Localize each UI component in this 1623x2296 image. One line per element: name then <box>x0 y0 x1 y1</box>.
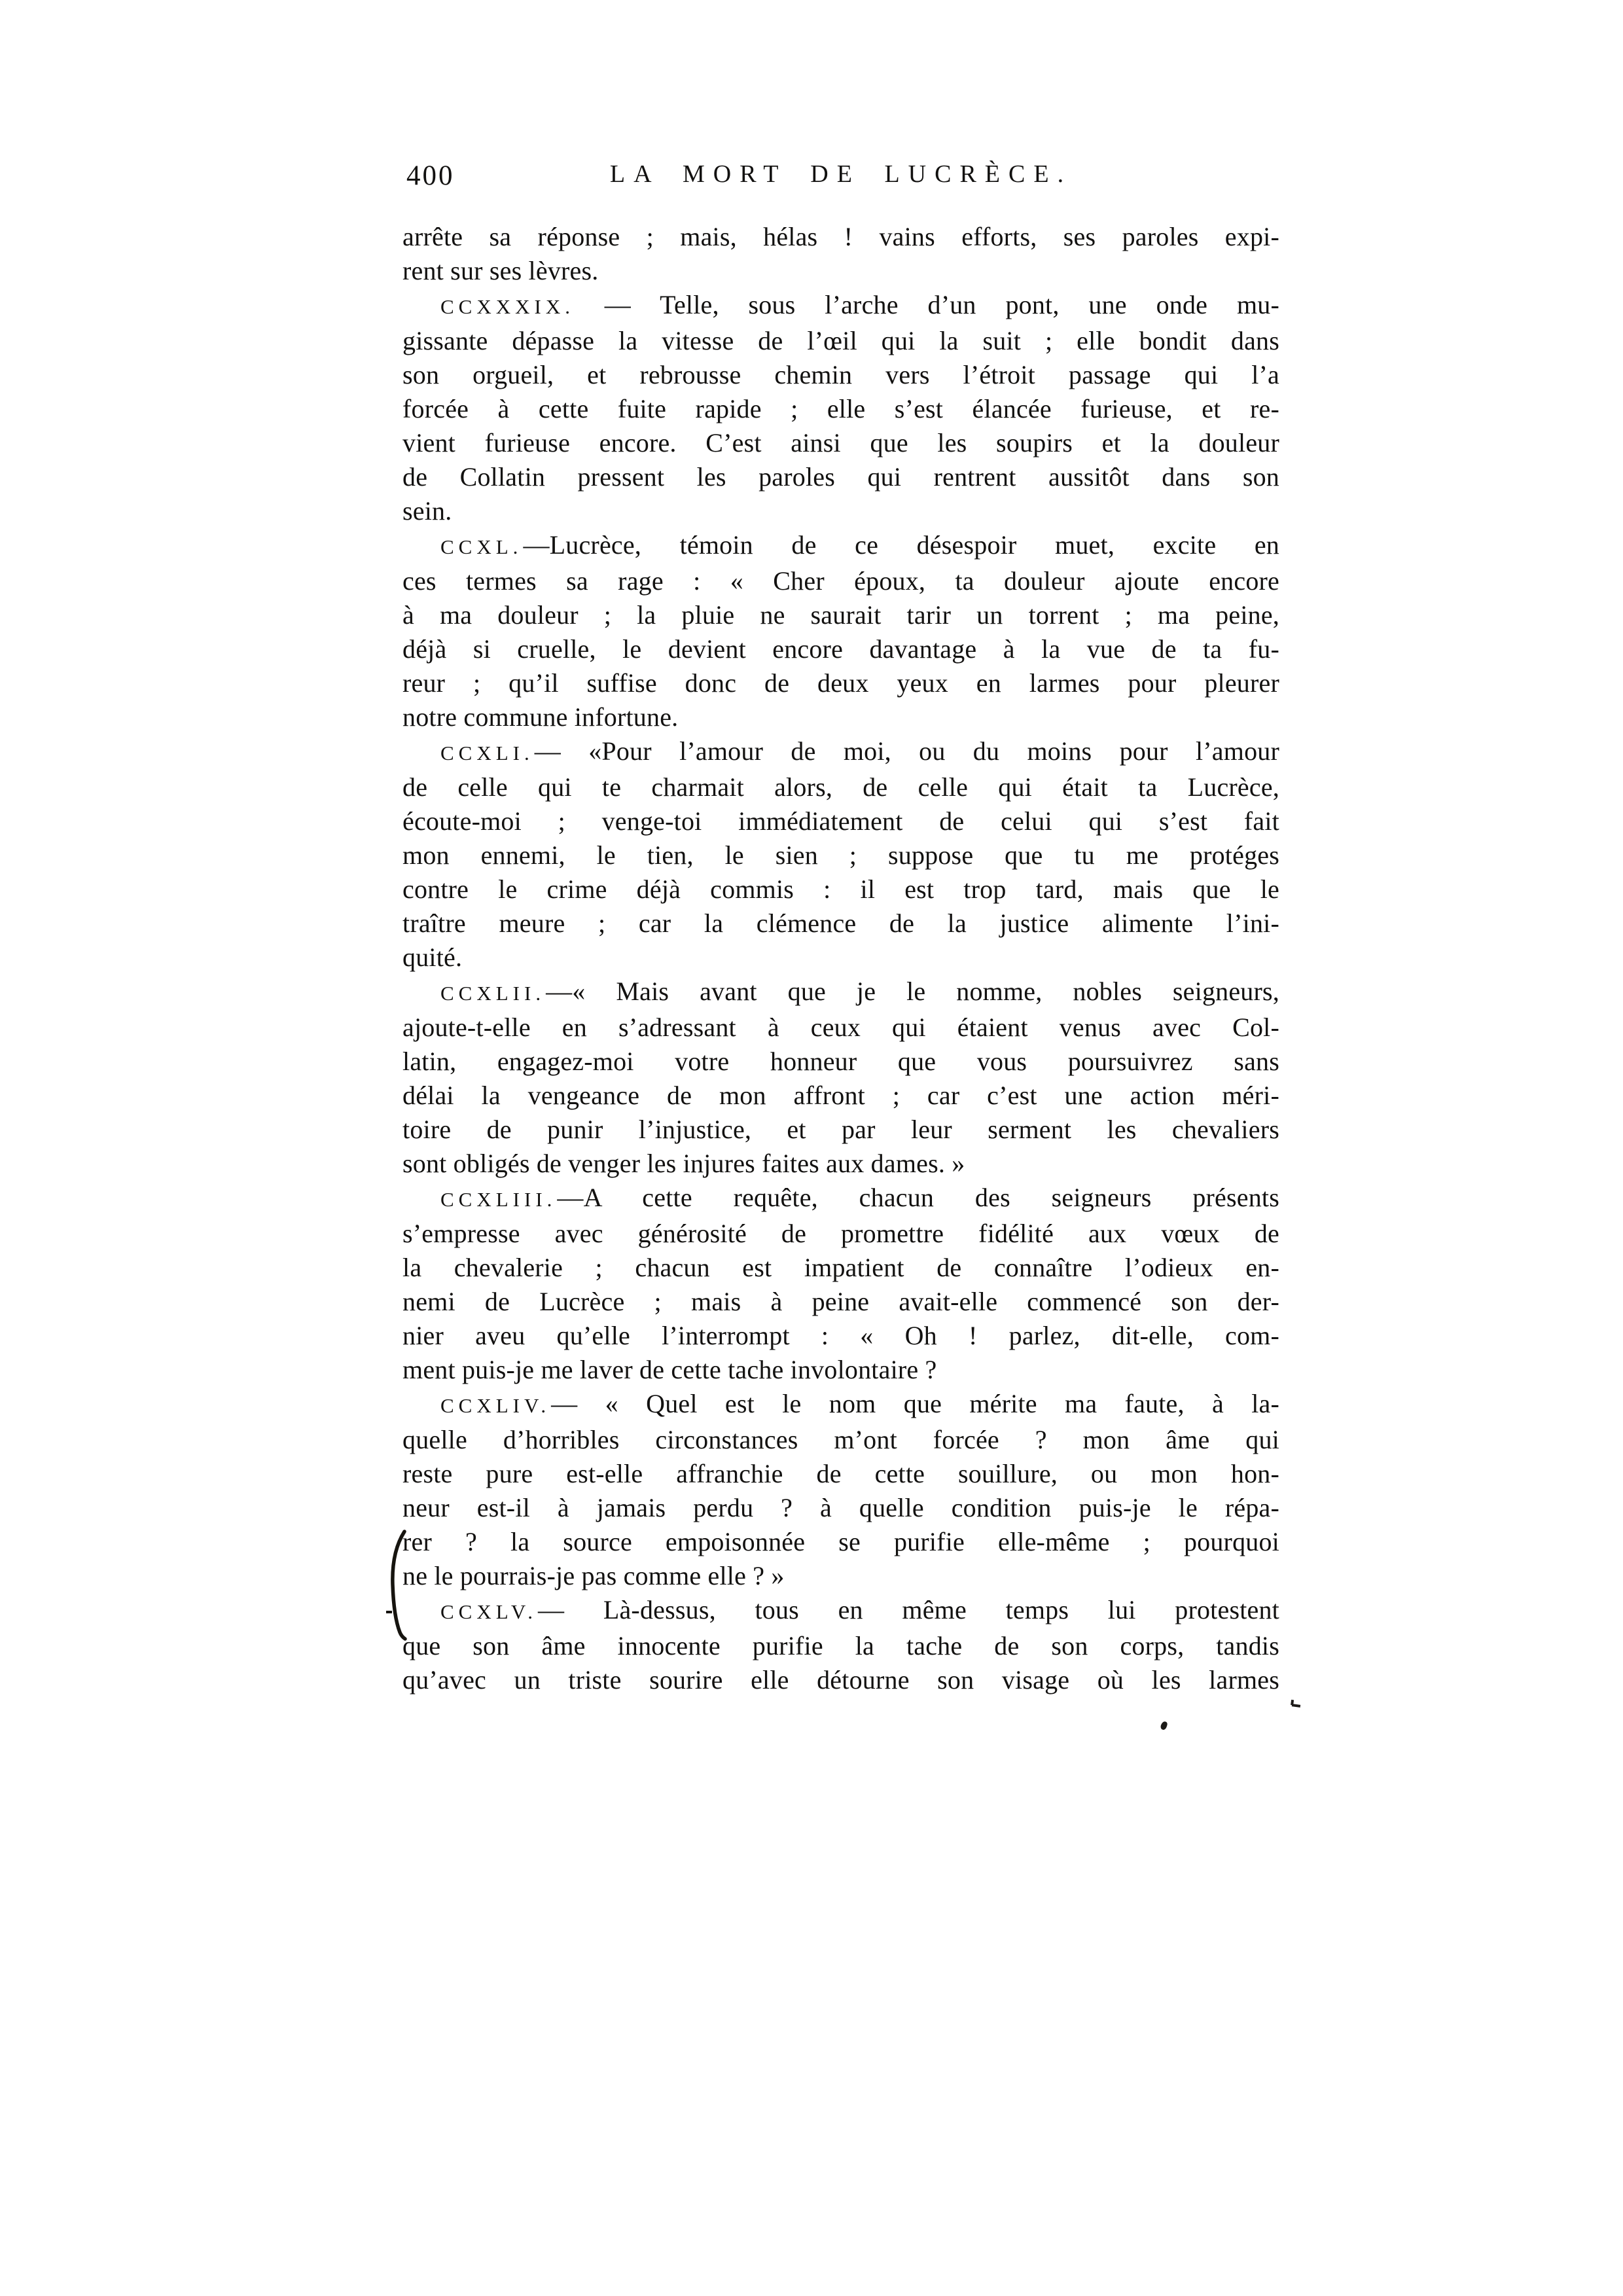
paragraph: CCXLV.— Là-dessus, tous en même temps lu… <box>402 1593 1279 1697</box>
text-line: gissante dépasse la vitesse de l’œil qui… <box>402 324 1279 358</box>
text-line: sein. <box>402 494 1279 528</box>
paragraph: CCXLII.—« Mais avant que je le nomme, no… <box>402 975 1279 1181</box>
text-line: ment puis-je me laver de cette tache inv… <box>402 1353 1279 1387</box>
text-line: CCXLIII.—A cette requête, chacun des sei… <box>402 1181 1279 1217</box>
text-line: toire de punir l’injustice, et par leur … <box>402 1113 1279 1147</box>
section-number: CCXL. <box>440 535 522 558</box>
text-line: reste pure est-elle affranchie de cette … <box>402 1457 1279 1491</box>
text-line: reur ; qu’il suffise donc de deux yeux e… <box>402 666 1279 700</box>
paragraph: arrête sa réponse ; mais, hélas ! vains … <box>402 220 1279 288</box>
text-line: que son âme innocente purifie la tache d… <box>402 1629 1279 1663</box>
paragraph: CCXLI.— «Pour l’amour de moi, ou du moin… <box>402 734 1279 975</box>
text-line: rent sur ses lèvres. <box>402 254 1279 288</box>
text-line: de Collatin pressent les paroles qui ren… <box>402 460 1279 494</box>
paragraph: CCXLIV.— « Quel est le nom que mérite ma… <box>402 1387 1279 1593</box>
text-line: latin, engagez-moi votre honneur que vou… <box>402 1045 1279 1079</box>
text-line: CCXLI.— «Pour l’amour de moi, ou du moin… <box>402 734 1279 770</box>
ink-speck <box>1160 1721 1168 1731</box>
text-line: CCXXXIX. — Telle, sous l’arche d’un pont… <box>402 288 1279 324</box>
section-number: CCXXXIX. <box>440 295 575 318</box>
text-line: de celle qui te charmait alors, de celle… <box>402 770 1279 804</box>
running-title: LA MORT DE LUCRÈCE. <box>402 160 1279 188</box>
text-line: la chevalerie ; chacun est impatient de … <box>402 1251 1279 1285</box>
section-number: CCXLI. <box>440 742 534 764</box>
scanned-book-page: 400 LA MORT DE LUCRÈCE. arrête sa répons… <box>0 0 1623 2296</box>
text-line: CCXLIV.— « Quel est le nom que mérite ma… <box>402 1387 1279 1423</box>
paragraph: CCXLIII.—A cette requête, chacun des sei… <box>402 1181 1279 1387</box>
text-line: arrête sa réponse ; mais, hélas ! vains … <box>402 220 1279 254</box>
text-line: quité. <box>402 941 1279 975</box>
text-line: CCXLII.—« Mais avant que je le nomme, no… <box>402 975 1279 1011</box>
text-line: ajoute-t-elle en s’adressant à ceux qui … <box>402 1011 1279 1045</box>
text-line: forcée à cette fuite rapide ; elle s’est… <box>402 392 1279 426</box>
text-line: mon ennemi, le tien, le sien ; suppose q… <box>402 838 1279 872</box>
text-line: à ma douleur ; la pluie ne saurait tarir… <box>402 598 1279 632</box>
text-line: notre commune infortune. <box>402 700 1279 734</box>
text-line: nemi de Lucrèce ; mais à peine avait-ell… <box>402 1285 1279 1319</box>
text-line: quelle d’horribles circonstances m’ont f… <box>402 1423 1279 1457</box>
text-line: neur est-il à jamais perdu ? à quelle co… <box>402 1491 1279 1525</box>
text-line: traître meure ; car la clémence de la ju… <box>402 906 1279 941</box>
section-number: CCXLV. <box>440 1600 537 1623</box>
section-number: CCXLIV. <box>440 1394 550 1417</box>
text-line: rer ? la source empoisonnée se purifie e… <box>402 1525 1279 1559</box>
margin-pen-mark <box>385 1529 411 1643</box>
text-line: CCXLV.— Là-dessus, tous en même temps lu… <box>402 1593 1279 1629</box>
section-number: CCXLII. <box>440 982 545 1005</box>
page-body: arrête sa réponse ; mais, hélas ! vains … <box>402 220 1279 1697</box>
section-number: CCXLIII. <box>440 1188 556 1211</box>
text-line: délai la vengeance de mon affront ; car … <box>402 1079 1279 1113</box>
text-line: son orgueil, et rebrousse chemin vers l’… <box>402 358 1279 392</box>
text-line: écoute-moi ; venge-toi immédiatement de … <box>402 804 1279 838</box>
text-line: ne le pourrais-je pas comme elle ? » <box>402 1559 1279 1593</box>
text-line: contre le crime déjà commis : il est tro… <box>402 872 1279 906</box>
paragraph: CCXL.—Lucrèce, témoin de ce désespoir mu… <box>402 528 1279 734</box>
ink-speck <box>1292 1704 1300 1708</box>
page-header: 400 LA MORT DE LUCRÈCE. <box>402 160 1279 196</box>
text-line: déjà si cruelle, le devient encore davan… <box>402 632 1279 666</box>
text-line: nier aveu qu’elle l’interrompt : « Oh ! … <box>402 1319 1279 1353</box>
text-line: s’empresse avec générosité de promettre … <box>402 1217 1279 1251</box>
text-line: vient furieuse encore. C’est ainsi que l… <box>402 426 1279 460</box>
text-line: ces termes sa rage : « Cher époux, ta do… <box>402 564 1279 598</box>
paragraph: CCXXXIX. — Telle, sous l’arche d’un pont… <box>402 288 1279 528</box>
text-line: CCXL.—Lucrèce, témoin de ce désespoir mu… <box>402 528 1279 564</box>
text-line: qu’avec un triste sourire elle détourne … <box>402 1663 1279 1697</box>
text-line: sont obligés de venger les injures faite… <box>402 1147 1279 1181</box>
page-number: 400 <box>406 160 455 192</box>
